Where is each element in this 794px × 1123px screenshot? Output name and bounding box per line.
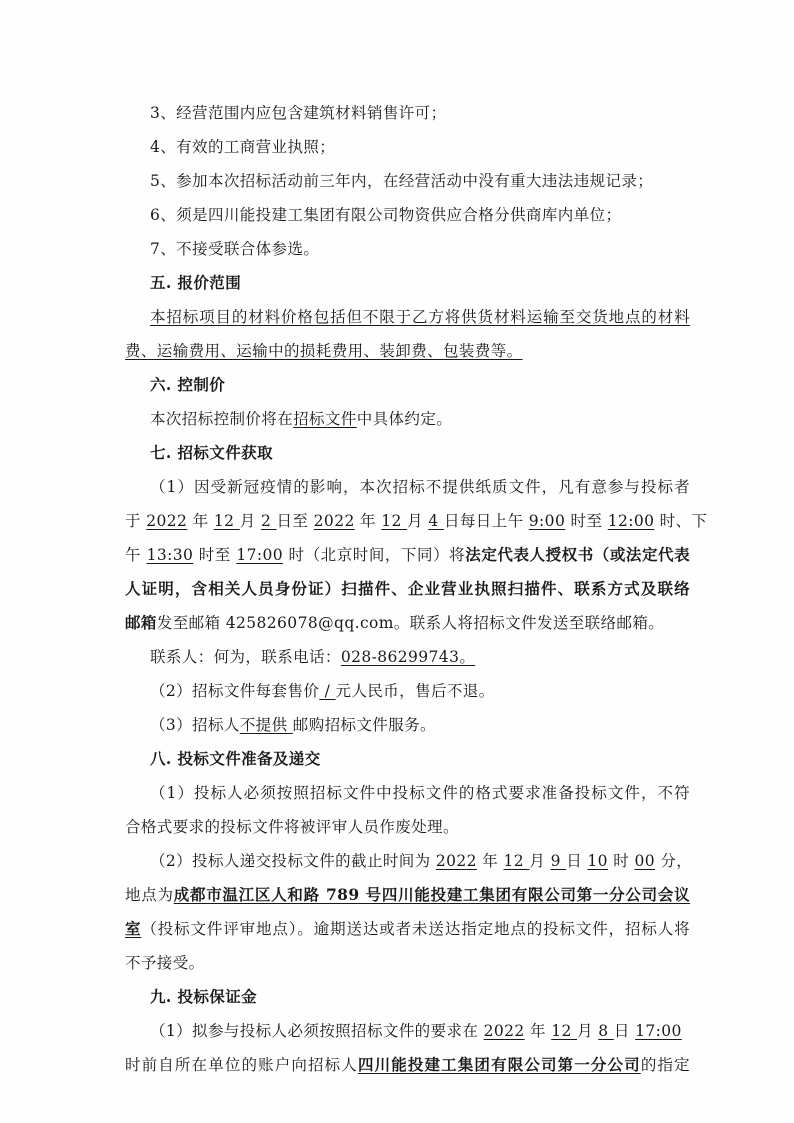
text: 分，: [655, 852, 692, 870]
text: 日: [566, 852, 587, 870]
section-8-p1-line-1: （1）投标人必须按照招标文件中投标文件的格式要求准备投标文件，不符: [150, 783, 690, 803]
text: 午: [125, 546, 147, 564]
day-field: 2: [261, 512, 277, 530]
section-7-heading: 七. 招标文件获取: [150, 443, 690, 463]
month-field: 12: [381, 512, 407, 530]
text: 年: [187, 512, 214, 530]
section-8-p2-line-3: 室（投标文件评审地点）。逾期送达或者未送达指定地点的投标文件，招标人将: [125, 919, 690, 939]
section-8-p2-line-1: （2）投标人递交投标文件的截止时间为 2022 年 12 月 9 日 10 时 …: [150, 851, 690, 871]
text: （投标文件评审地点）。逾期送达或者未送达指定地点的投标文件，招标人将: [141, 920, 690, 938]
text: 时至: [193, 546, 236, 564]
time-field: 12:00: [608, 512, 655, 530]
month-field: 12: [504, 852, 530, 870]
section-9-p1-line-2: 时前自所在单位的账户向招标人四川能投建工集团有限公司第一分公司的指定: [125, 1055, 690, 1075]
text: （1）拟参与投标人必须按照招标文件的要求在: [150, 1022, 484, 1040]
text: 月: [529, 852, 550, 870]
submission-location: 室: [125, 919, 141, 938]
section-5-heading: 五. 报价范围: [150, 273, 690, 293]
text: 中具体约定。: [357, 410, 452, 428]
year-field: 2022: [314, 512, 355, 530]
text: 月: [577, 1022, 598, 1040]
section-5-line-2: 费、运输费用、运输中的损耗费用、装卸费、包装费等。: [125, 341, 523, 361]
time-field: 9:00: [529, 512, 565, 530]
text: 年: [525, 1022, 552, 1040]
year-field: 2022: [146, 512, 187, 530]
requirement-item-4: 4、有效的工商营业执照；: [150, 137, 690, 157]
tenderer-name: 四川能投建工集团有限公司第一分公司: [358, 1055, 641, 1074]
text: 年: [355, 512, 382, 530]
time-field: 17:00: [236, 546, 283, 564]
text: 元人民币，售后不退。: [336, 682, 495, 700]
section-8-heading: 八. 投标文件准备及递交: [150, 749, 690, 769]
month-field: 12: [551, 1022, 577, 1040]
text: 时至: [565, 512, 607, 530]
text: 地点为: [125, 886, 174, 904]
text: 邮购招标文件服务。: [293, 716, 436, 734]
section-7-p1-line-3: 午 13:30 时至 17:00 时（北京时间，下同）将法定代表人授权书（或法定…: [125, 545, 690, 565]
text: 本次招标控制价将在: [150, 410, 293, 428]
document-page: 3、经营范围内应包含建筑材料销售许可； 4、有效的工商营业执照； 5、参加本次招…: [0, 0, 794, 1123]
text: 日每日上午: [444, 512, 529, 530]
section-5-line-1: 本招标项目的材料价格包括但不限于乙方将供货材料运输至交货地点的材料: [150, 307, 690, 327]
section-7-p1-line-1: （1）因受新冠疫情的影响，本次招标不提供纸质文件，凡有意参与投标者: [150, 477, 690, 497]
text: 日至: [277, 512, 314, 530]
text: 时前自所在单位的账户向招标人: [125, 1056, 358, 1074]
mail-order-field: 不提供: [240, 716, 293, 734]
text: 时、下: [654, 512, 707, 530]
text: （3）招标人: [150, 716, 240, 734]
section-7-p1-line-5: 邮箱发至邮箱 425826078@qq.com。联系人将招标文件发送至联络邮箱。: [125, 613, 690, 633]
day-field: 9: [551, 852, 567, 870]
month-field: 12: [214, 512, 240, 530]
tender-document-ref: 招标文件: [293, 410, 357, 428]
submission-location: 成都市温江区人和路 789 号四川能投建工集团有限公司第一分公司会议: [174, 885, 690, 904]
requirement-item-6: 6、须是四川能投建工集团有限公司物资供应合格分供商库内单位；: [150, 205, 690, 225]
price-field: /: [319, 682, 335, 700]
bold-text: 邮箱: [125, 613, 157, 632]
contact-label: 联系人：何为，联系电话：: [150, 648, 341, 666]
section-8-p1-line-2: 合格式要求的投标文件将被评审人员作废处理。: [125, 817, 690, 837]
bold-text: 法定代表人授权书（或法定代表: [465, 545, 690, 564]
contact-phone: 028-86299743。: [341, 648, 475, 666]
year-field: 2022: [484, 1022, 525, 1040]
time-field: 13:30: [147, 546, 194, 564]
text: 于: [125, 512, 146, 530]
year-field: 2022: [436, 852, 477, 870]
text: 年: [477, 852, 504, 870]
section-8-p2-line-2: 地点为成都市温江区人和路 789 号四川能投建工集团有限公司第一分公司会议: [125, 885, 690, 905]
email-text: 发至邮箱 425826078@qq.com。联系人将招标文件发送至联络邮箱。: [157, 614, 664, 632]
day-field: 4: [428, 512, 444, 530]
section-7-p2: （2）招标文件每套售价 / 元人民币，售后不退。: [150, 681, 690, 701]
requirement-item-7: 7、不接受联合体参选。: [150, 239, 690, 259]
section-7-p1-line-4: 人证明，含相关人员身份证）扫描件、企业营业执照扫描件、联系方式及联络: [125, 579, 690, 599]
section-9-p1-line-1: （1）拟参与投标人必须按照招标文件的要求在 2022 年 12 月 8 日 17…: [150, 1021, 690, 1041]
contact-line: 联系人：何为，联系电话：028-86299743。: [150, 647, 690, 667]
text: 日: [614, 1022, 635, 1040]
requirement-item-3: 3、经营范围内应包含建筑材料销售许可；: [150, 103, 690, 123]
requirement-item-5: 5、参加本次招标活动前三年内，在经营活动中没有重大违法违规记录；: [150, 171, 690, 191]
section-6-heading: 六. 控制价: [150, 375, 690, 395]
text: （2）招标文件每套售价: [150, 682, 319, 700]
section-9-heading: 九. 投标保证金: [150, 987, 690, 1007]
text: （2）投标人递交投标文件的截止时间为: [150, 852, 436, 870]
text: 月: [407, 512, 428, 530]
section-8-p2-line-4: 不予接受。: [125, 953, 690, 973]
text: 时: [608, 852, 635, 870]
time-field: 17:00: [635, 1022, 682, 1040]
day-field: 8: [598, 1022, 614, 1040]
section-7-p3: （3）招标人不提供 邮购招标文件服务。: [150, 715, 690, 735]
section-6-text: 本次招标控制价将在招标文件中具体约定。: [150, 409, 690, 429]
text: 的指定: [641, 1056, 690, 1074]
text: 月: [240, 512, 261, 530]
section-7-p1-line-2: 于 2022 年 12 月 2 日至 2022 年 12 月 4 日每日上午 9…: [125, 511, 690, 531]
hour-field: 10: [587, 852, 608, 870]
minute-field: 00: [635, 852, 656, 870]
text: 时（北京时间，下同）将: [283, 546, 465, 564]
